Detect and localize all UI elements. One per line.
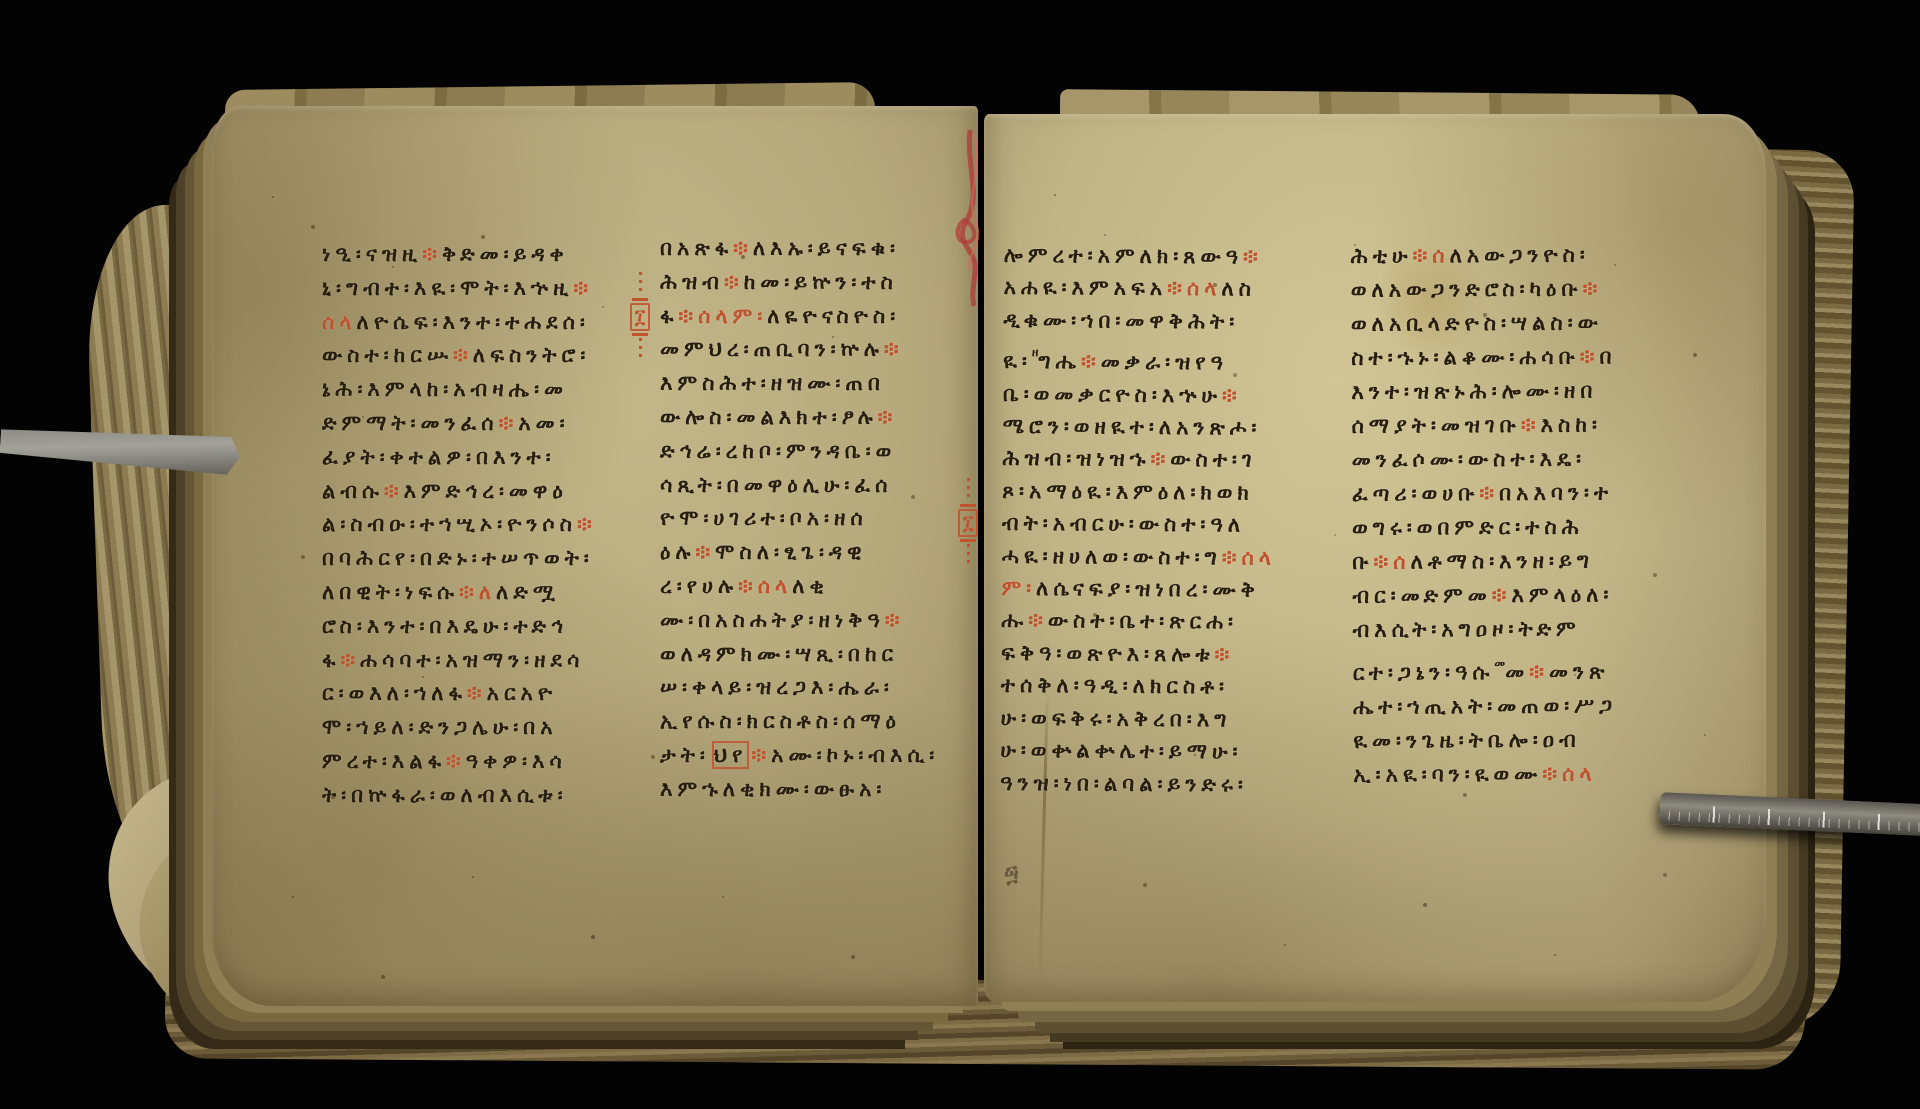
manuscript-text-line: ልብሱ፨እምድኅረ፡መዋዕ	[322, 475, 652, 509]
manuscript-text-line: በአጽፋ፨ለእኡ፡ይናፍቁ፡	[660, 232, 970, 266]
ink-text: ለዮሴፍ፡እንተ፡ተሐደሰ፡	[357, 310, 590, 334]
manuscript-text-line: ረ፡የሀሉ፨ሰላለቂ	[660, 570, 970, 604]
ink-text: ፈያት፡ቀተልዎ፡በእንተ፡	[322, 445, 556, 469]
marginal-number: ፲	[630, 303, 650, 331]
ink-text: ት፡በኵፋራ፡ወለብእሲቱ፡	[322, 783, 568, 807]
ink-text: ታት፡	[660, 743, 710, 767]
ink-text: ዮሞ፡ሀገሪተ፡ቦአ፡ዘሰ	[660, 506, 868, 530]
manuscript-text-line: ዮሞ፡ሀገሪተ፡ቦአ፡ዘሰ	[660, 502, 970, 536]
manuscript-text-line: ውሎስ፡መልእክተ፡ፆሉ፨	[660, 401, 970, 435]
ink-text: እምድኅረ፡መዋዕ	[404, 479, 568, 503]
manuscript-text-line: ሁ፡ወቍልቍሌተ፡ይማሁ፡	[1000, 734, 1320, 769]
manuscript-text-line: ዪ፡ዘግሔ፨መቃራ፡ዝየዓ	[1003, 336, 1323, 380]
ink-text: መ	[1505, 660, 1529, 684]
ink-text: ዓቀዎ፡እሳ	[466, 749, 567, 773]
ink-text: ኔሕ፡እምላከ፡አብዛሔ፡መ	[322, 377, 568, 401]
rubric-text: ፨	[751, 743, 771, 767]
manuscript-text-line: ወለዳምክሙ፡ሣጺ፡በከር	[660, 638, 970, 672]
rubric-text: ፨	[1167, 276, 1187, 300]
rubric-text: ፨	[422, 242, 442, 266]
manuscript-text-line: ሳጺት፡በመዋዕሊሁ፡ፈሰ	[660, 469, 970, 503]
manuscript-text-line: ዪመ፡ንጌዜ፡ትቤሎ፡ዐብ	[1353, 722, 1677, 758]
ink-text: ሳጺት፡በመዋዕሊሁ፡ፈሰ	[660, 473, 893, 497]
manuscript-text-line: ቡ፨ሰለቶማስ፡እንዘ፡ይግ	[1352, 543, 1676, 579]
manuscript-text-line: ኒ፡ግብተ፡እዪ፡ሞት፡እኍዚ፨	[322, 272, 652, 306]
ink-text: እንተ፡ዝጽኑሕ፡ሎሙ፡ዘበ	[1351, 379, 1597, 404]
manuscript-text-line: ፍቅዓ፡ወጽዮእ፡ጸሎቱ፨	[1001, 637, 1321, 672]
ink-text: ዪ፡	[1003, 349, 1032, 373]
rubric-text: ሰ	[1432, 243, 1449, 267]
ink-text: ልብሱ	[322, 479, 384, 503]
manuscript-text-line: እምኁለቂክሙ፡ውፁአ፡	[660, 773, 970, 807]
ink-text: ለስ	[1221, 277, 1256, 301]
ink-text: ሠ፡ቀላይ፡ዝረጋእ፡ሔራ፡	[660, 675, 894, 699]
rubric-text: ፨	[1580, 345, 1600, 369]
red-thread-marker	[936, 128, 1016, 308]
ink-text: ወለዳምክሙ፡ሣጺ፡በከር	[660, 642, 898, 666]
ink-text: ለፍስንትሮ፡	[473, 343, 591, 367]
rubric-text: ሰላ	[758, 574, 793, 598]
ink-text: እስከ፡	[1540, 413, 1601, 437]
rubric-text: ፨	[1492, 583, 1512, 607]
ink-text: ፋ	[322, 648, 340, 672]
ink-text: ፋ	[660, 304, 678, 328]
parchment-speckles	[1054, 194, 1056, 196]
manuscript-text-line: ል፡ስብዑ፡ተኀሢኦ፡ዮንሶስ፨	[322, 508, 652, 542]
rubric-text: ፨	[1222, 383, 1242, 407]
ink-text: ለቶማስ፡እንዘ፡ይግ	[1410, 549, 1594, 574]
ink-text: ሔተ፡ኀጢአት፡መጠወ፡ሥጋ	[1353, 693, 1617, 718]
manuscript-text-line: አሐዪ፡እምአፍአ፨ሰላለስ	[1004, 271, 1324, 306]
rubric-text: ፨	[1542, 762, 1562, 786]
ink-text: ለድሟ	[496, 580, 560, 604]
right-page-column-2: ሕቲሁ፨ሰለአውጋንዮስ፡ወለአውጋንድሮስ፡ካዕቡ፨ወለአቢላድዮስ፡ሣልስ፡…	[1351, 237, 1678, 792]
ornament-bar	[632, 333, 648, 336]
ink-text: ውስተ፡ቤተ፡ጽርሐ፡	[1048, 609, 1238, 634]
ink-text: ር፡ወእለ፡ኀለፋ	[322, 681, 467, 705]
manuscript-text-line: ት፡በኵፋራ፡ወለብእሲቱ፡	[322, 779, 652, 813]
rubric-text: ፨	[340, 648, 360, 672]
manuscript-text-line: ሰላለዮሴፍ፡እንተ፡ተሐደሰ፡	[322, 306, 652, 340]
rubric-text: ፨	[678, 304, 698, 328]
manuscript-text-line: ተሰቅለ፡ዓዲ፡ለክርስቶ፡	[1001, 669, 1321, 704]
left-page-column-1: ነዒ፡ናዝዚ፨ቅድመ፡ይዳቀኒ፡ግብተ፡እዪ፡ሞት፡እኍዚ፨ሰላለዮሴፍ፡እንተ…	[322, 238, 652, 813]
manuscript-text-line: ሓዪ፡ዘሀለወ፡ውስተ፡ግ፨ሰላ	[1002, 540, 1322, 575]
ink-text: ርተ፡ጋኔን፡ዓሱ	[1353, 660, 1495, 685]
ink-text: ቡ	[1352, 550, 1373, 574]
manuscript-text-line: ሎምረተ፡አምለክ፡ጸውዓ፨	[1004, 239, 1324, 274]
rubric-text: ፨	[1412, 243, 1432, 267]
manuscript-text-line: ወለአቢላድዮስ፡ሣልስ፡ው	[1351, 305, 1675, 341]
ink-text: ለቂ	[792, 574, 829, 598]
ink-text: ምረተ፡እልፋ	[322, 749, 446, 773]
ink-text: ቤ፡ወመቃርዮስ፡እኍሁ	[1003, 382, 1222, 408]
manuscript-text-line: ጾ፡አማዕዪ፡እምዕለ፡ክወክ	[1002, 475, 1322, 510]
ink-text: ሕዝብ፡ዝነዝኁ	[1002, 446, 1150, 471]
ink-text: ለአውጋንዮስ፡	[1450, 243, 1590, 268]
rubric-text: ፨	[459, 580, 479, 604]
ink-text: ብእሲት፡አግዐዞ፡ትድም	[1353, 617, 1581, 642]
manuscript-text-line: ኢ፡አዪ፡ባን፡ዪወሙ፨ሰላ	[1353, 756, 1677, 792]
ink-text: ሑ	[1001, 608, 1028, 632]
ink-text: ሓዪ፡ዘሀለወ፡ውስተ፡ግ	[1002, 544, 1222, 570]
rubric-text: ፨	[885, 608, 905, 632]
ink-text: መ	[1494, 656, 1505, 670]
manuscript-text-line: ፈጣሪ፡ወሀቡ፨በአእባን፡ተ	[1352, 475, 1676, 511]
gutter-stanza-number-ornament: ፲	[958, 478, 978, 568]
rubric-text: ፨	[446, 749, 466, 773]
manuscript-text-line: ኢየሱስ፡ክርስቶስ፡ሰማዕ	[660, 705, 970, 739]
manuscript-text-line: ዕሉ፨ሞስለ፡ፂጌ፡ዳዊ	[660, 536, 970, 570]
ink-text: ሕቲሁ	[1351, 244, 1413, 268]
manuscript-text-line: ስተ፡ኁኑ፡ልቆሙ፡ሐሳቡ፨በ	[1351, 339, 1675, 375]
rubric-text: ም፡	[1001, 576, 1036, 600]
ink-text: ሕዝብ	[660, 270, 724, 294]
ink-text: ህየ	[714, 743, 748, 767]
ink-text: ል፡ስብዑ፡ተኀሢኦ፡ዮንሶስ	[322, 512, 577, 536]
ornament-dots	[639, 338, 642, 362]
rubric-text: ፨	[1222, 545, 1242, 569]
rubric-text: ፨	[1028, 609, 1048, 633]
rubric-text: ፨	[577, 512, 597, 536]
rubric-text: ፨	[1243, 245, 1263, 269]
parchment-speckles	[272, 196, 274, 198]
ink-text: ወለአቢላድዮስ፡ሣልስ፡ው	[1351, 311, 1603, 336]
ink-text: ነዒ፡ናዝዚ	[322, 242, 422, 266]
manuscript-text-line: ሕዝብ፨ከመ፡ይኵን፡ተስ	[660, 266, 970, 300]
ink-text: ሙ፡በአስሐትያ፡ዘነቅዓ	[660, 608, 885, 632]
rubric-text: ሰላ	[1241, 545, 1276, 569]
rubric-text: ፨	[453, 343, 473, 367]
ink-text: አርአዮ	[487, 681, 557, 705]
manuscript-text-line: ቤ፡ወመቃርዮስ፡እኍሁ፨	[1003, 378, 1323, 413]
rubric-text: ፨	[1529, 660, 1549, 684]
ink-text: መንጽ	[1549, 660, 1609, 684]
rubric-text: ለ	[479, 580, 496, 604]
rubric-text: ሰላ	[322, 310, 357, 334]
manuscript-text-line: ሕዝብ፡ዝነዝኁ፨ውስተ፡ገ	[1002, 442, 1322, 477]
ink-text: ውስተ፡ገ	[1170, 447, 1256, 472]
rubric-text: ፨	[1479, 481, 1499, 505]
rubric-text: ፨	[1214, 642, 1234, 666]
ink-text: ኢየሱስ፡ክርስቶስ፡ሰማዕ	[660, 709, 901, 733]
manuscript-text-line: ፈያት፡ቀተልዎ፡በእንተ፡	[322, 441, 652, 475]
ink-text: እምኁለቂክሙ፡ውፁአ፡	[660, 777, 886, 801]
ornament-dots	[639, 272, 642, 296]
ink-text: ብር፡መድምመ	[1352, 583, 1491, 608]
manuscript-text-line: ሙ፡በአስሐትያ፡ዘነቅዓ፨	[660, 604, 970, 638]
manuscript-text-line: ሑ፨ውስተ፡ቤተ፡ጽርሐ፡	[1001, 604, 1321, 639]
rubric-text: ፨	[878, 405, 898, 429]
manuscript-text-line: ሮስ፡እንተ፡በእዴሁ፡ተድኅ	[322, 610, 652, 644]
ink-text: ለእኡ፡ይናፍቁ፡	[753, 236, 900, 260]
rubric-text: ፨	[384, 479, 404, 503]
ornament-dots	[967, 544, 970, 568]
rubric-text: ፨	[467, 681, 487, 705]
rubric-text: ፨	[695, 540, 715, 564]
manuscript-text-line: እንተ፡ዝጽኑሕ፡ሎሙ፡ዘበ	[1351, 373, 1675, 409]
ink-text: ሜሮን፡ወዘዪተ፡ለአንጽሖ፡	[1003, 414, 1262, 440]
ink-text: መምህረ፡ጠቢባን፡ኵሉ	[660, 337, 884, 361]
ink-text: ለበዊት፡ነፍሱ	[322, 580, 459, 604]
ink-text: ከመ፡ይኵን፡ተስ	[744, 270, 898, 294]
ornament-bar	[960, 539, 976, 542]
manuscript-text-line: ሁ፡ወፍቅሩ፡አቅረበ፡እግ	[1001, 702, 1321, 737]
rubric-text: ፨	[1521, 413, 1541, 437]
manuscript-text-line: ሞ፡ኀይለ፡ድንጋሌሁ፡በአ	[322, 711, 652, 745]
ink-text: ሞስለ፡ፂጌ፡ዳዊ	[715, 540, 866, 564]
ink-text: ሎምረተ፡አምለክ፡ጸውዓ	[1004, 243, 1243, 269]
rubric-text: ሰላ	[1562, 762, 1597, 786]
rubric-text: ፨	[1583, 277, 1603, 301]
ink-text: ሁ፡ወፍቅሩ፡አቅረበ፡እግ	[1001, 706, 1232, 732]
left-page-column-2: በአጽፋ፨ለእኡ፡ይናፍቁ፡ሕዝብ፨ከመ፡ይኵን፡ተስፋ፨ሰላም፡ለዬዮናስዮስ…	[660, 232, 970, 807]
ink-text: ዓንዝ፡ነበ፡ልባል፡ይንድሩ፡	[1000, 770, 1248, 796]
manuscript-text-line: ር፡ወእለ፡ኀለፋ፨አርአዮ	[322, 677, 652, 711]
ink-text: አመ፡	[518, 411, 569, 435]
rubric-text: ፨	[499, 411, 519, 435]
manuscript-text-line: ም፡ለሴናፍያ፡ዝነበረ፡ሙቅ	[1001, 572, 1321, 607]
manuscript-text-line: ሜሮን፡ወዘዪተ፡ለአንጽሖ፡	[1003, 410, 1323, 445]
ink-text: በ	[1599, 344, 1616, 368]
ink-text: ተሰቅለ፡ዓዲ፡ለክርስቶ፡	[1001, 673, 1229, 699]
ink-text: ሁ፡ወቍልቍሌተ፡ይማሁ፡	[1000, 738, 1242, 764]
manuscript-text-line: ርተ፡ጋኔን፡ዓሱመመ፨መንጽ	[1353, 645, 1677, 690]
ornament-dots	[967, 478, 970, 502]
gutter-number: ፲	[958, 509, 978, 537]
ink-text: ሞ፡ኀይለ፡ድንጋሌሁ፡በአ	[322, 715, 558, 739]
ink-text: ኒ፡ግብተ፡እዪ፡ሞት፡እኍዚ	[322, 276, 573, 300]
rubric-text: ሰላ	[1187, 277, 1222, 301]
rubric-text: ፨	[884, 337, 904, 361]
rubric-text: ፨	[1373, 550, 1393, 574]
ornament-bar	[960, 504, 976, 507]
ink-text: ውስተ፡ከርሡ	[322, 343, 453, 367]
ink-text: ስተ፡ኁኑ፡ልቆሙ፡ሐሳቡ	[1351, 345, 1580, 370]
manuscript-text-line: ፋ፨ሰላም፡ለዬዮናስዮስ፡	[660, 300, 970, 334]
ink-text: ፍቅዓ፡ወጽዮእ፡ጸሎቱ	[1001, 641, 1215, 666]
rubric-text: ፨	[733, 236, 753, 260]
rubric-text: ፨	[1150, 447, 1170, 471]
manuscript-text-line: ፋ፨ሐሳባተ፡አዝማን፡ዘደሳ	[322, 644, 652, 678]
ink-text: ለዬዮናስዮስ፡	[767, 304, 900, 328]
ink-text: ሰማያት፡መዝገቡ	[1351, 413, 1520, 438]
manuscript-photo: { "scene": { "description": "Open Ge'ez …	[0, 0, 1920, 1109]
ink-text: ወግሩ፡ወበምድር፡ተስሕ	[1352, 515, 1584, 540]
manuscript-text-line: ምረተ፡እልፋ፨ዓቀዎ፡እሳ	[322, 745, 652, 779]
manuscript-text-line: ነዒ፡ናዝዚ፨ቅድመ፡ይዳቀ	[322, 238, 652, 272]
rubric-text: ሰ	[1393, 550, 1410, 574]
manuscript-text-line: ብር፡መድምመ፨እምላዕለ፡	[1352, 577, 1676, 613]
pencil-folio-mark: ፵	[1002, 861, 1022, 888]
ink-text: አሐዪ፡እምአፍአ	[1004, 275, 1168, 300]
manuscript-text-line: ዲቁሙ፡ኀበ፡መዋቅሕት፡	[1003, 304, 1323, 339]
manuscript-text-line: ወለአውጋንድሮስ፡ካዕቡ፨	[1351, 271, 1675, 307]
ink-text: ቅድመ፡ይዳቀ	[442, 242, 569, 266]
manuscript-text-line: ታት፡ህየ፨አሙ፡ኮኑ፡ብእሲ፡	[660, 739, 970, 773]
ink-text: በአጽፋ	[660, 236, 733, 260]
ink-text: አሙ፡ኮኑ፡ብእሲ፡	[771, 743, 939, 767]
manuscript-text-line: ድምማት፡መንፈሰ፨አመ፡	[322, 407, 652, 441]
ink-text: ዕሉ	[660, 540, 695, 564]
manuscript-text-line: ሠ፡ቀላይ፡ዝረጋእ፡ሔራ፡	[660, 671, 970, 705]
ink-text: ረ፡የሀሉ	[660, 574, 738, 598]
ink-text: ኢ፡አዪ፡ባን፡ዪወሙ	[1353, 762, 1542, 787]
ink-text: ለሴናፍያ፡ዝነበረ፡ሙቅ	[1036, 576, 1260, 602]
ink-text: ዲቁሙ፡ኀበ፡መዋቅሕት፡	[1003, 308, 1239, 334]
manuscript-text-line: እምስሕተ፡ዘዝሙ፡ጠበ	[660, 367, 970, 401]
rubric-text: ፨	[573, 276, 593, 300]
ink-text: ሐሳባተ፡አዝማን፡ዘደሳ	[360, 648, 584, 672]
ink-text: ብት፡አብርሁ፡ውስተ፡ዓለ	[1002, 511, 1245, 537]
manuscript-text-line: ወግሩ፡ወበምድር፡ተስሕ	[1352, 509, 1676, 545]
ink-text: ድምማት፡መንፈሰ	[322, 411, 499, 435]
manuscript-text-line: በባሕርየ፡በድኑ፡ተሠጥወት፡	[322, 542, 652, 576]
ink-text: ሮስ፡እንተ፡በእዴሁ፡ተድኅ	[322, 614, 568, 638]
manuscript-text-line: ሰማያት፡መዝገቡ፨እስከ፡	[1351, 407, 1675, 443]
manuscript-text-line: ኔሕ፡እምላከ፡አብዛሔ፡መ	[322, 373, 652, 407]
marginal-section-number-ornament: ፲	[630, 272, 650, 362]
rubric-text: ፨	[724, 270, 744, 294]
manuscript-text-line: ለበዊት፡ነፍሱ፨ለለድሟ	[322, 576, 652, 610]
ink-text: ጾ፡አማዕዪ፡እምዕለ፡ክወክ	[1002, 479, 1254, 505]
manuscript-text-line: ብእሲት፡አግዐዞ፡ትድም	[1353, 611, 1677, 647]
ink-text: ግሔ	[1038, 349, 1081, 373]
manuscript-text-line: ውስተ፡ከርሡ፨ለፍስንትሮ፡	[322, 339, 652, 373]
ink-text: እምላዕለ፡	[1511, 582, 1613, 607]
ink-text: እምስሕተ፡ዘዝሙ፡ጠበ	[660, 371, 885, 395]
manuscript-text-line: ዓንዝ፡ነበ፡ልባል፡ይንድሩ፡	[1000, 766, 1320, 801]
manuscript-text-line: መምህረ፡ጠቢባን፡ኵሉ፨	[660, 333, 970, 367]
rubric-text: ፨	[1081, 350, 1101, 374]
right-page-column-1: ሎምረተ፡አምለክ፡ጸውዓ፨አሐዪ፡እምአፍአ፨ሰላለስዲቁሙ፡ኀበ፡መዋቅሕት…	[1000, 239, 1324, 801]
manuscript-text-line: ሕቲሁ፨ሰለአውጋንዮስ፡	[1351, 237, 1675, 273]
manuscript-text-line: ሔተ፡ኀጢአት፡መጠወ፡ሥጋ	[1353, 688, 1677, 724]
rubric-text: ፨	[738, 574, 758, 598]
ink-text: ድኅሬ፡ረከቦ፡ምንዳቤ፡ወ	[660, 439, 896, 463]
ink-text: ፈጣሪ፡ወሀቡ	[1352, 481, 1480, 506]
ink-text: ወለአውጋንድሮስ፡ካዕቡ	[1351, 277, 1583, 302]
ink-text: በአእባን፡ተ	[1499, 480, 1613, 505]
ink-text: ውሎስ፡መልእክተ፡ፆሉ	[660, 405, 878, 429]
manuscript-text-line: ድኅሬ፡ረከቦ፡ምንዳቤ፡ወ	[660, 435, 970, 469]
rubric-text: ሰላም፡	[698, 304, 767, 328]
ornament-bar	[632, 298, 648, 301]
ink-text: በባሕርየ፡በድኑ፡ተሠጥወት፡	[322, 546, 594, 570]
ink-text: መንፈሶሙ፡ውስተ፡እዴ፡	[1352, 447, 1586, 472]
ink-text: መቃራ፡ዝየዓ	[1101, 350, 1228, 375]
manuscript-text-line: መንፈሶሙ፡ውስተ፡እዴ፡	[1352, 441, 1676, 477]
manuscript-text-line: ብት፡አብርሁ፡ውስተ፡ዓለ	[1002, 507, 1322, 542]
ink-text: ዪመ፡ንጌዜ፡ትቤሎ፡ዐብ	[1353, 728, 1581, 753]
